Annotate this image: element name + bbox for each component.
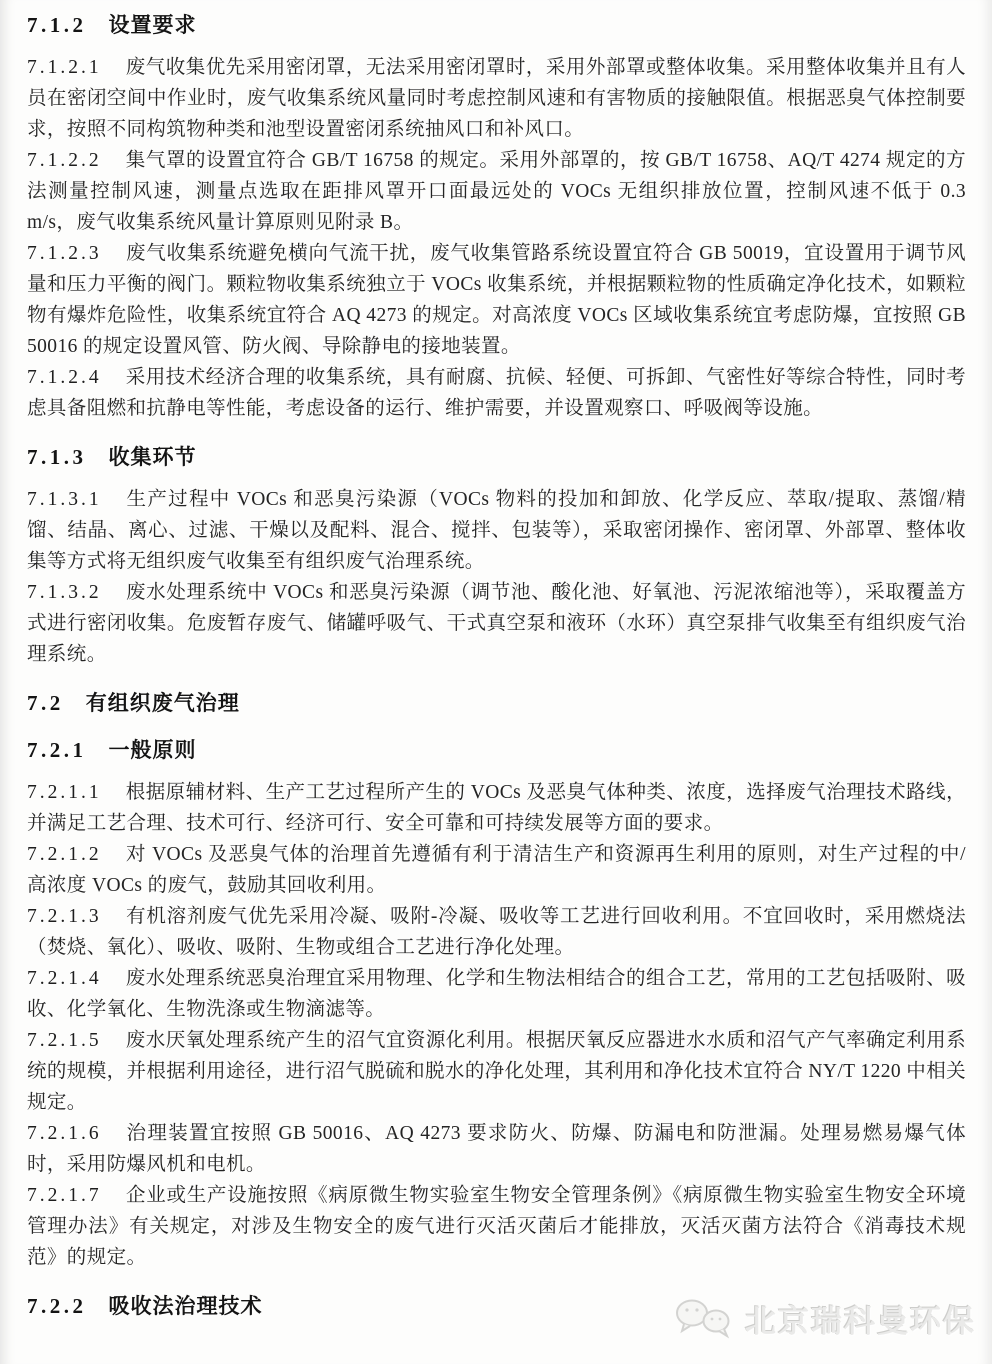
clause-text: 根据原辅材料、生产工艺过程所产生的 VOCs 及恶臭气体种类、浓度，选择废气治理… <box>27 782 966 834</box>
clause-7-2-1-3: 7.2.1.3有机溶剂废气优先采用冷凝、吸附-冷凝、吸收等工艺进行回收利用。不宜… <box>27 901 966 963</box>
clause-number: 7.2.1.4 <box>27 968 102 989</box>
section-heading-7-2: 7.2有组织废气治理 <box>27 690 966 717</box>
clause-7-2-1-5: 7.2.1.5废水厌氧处理系统产生的沼气宜资源化利用。根据厌氧反应器进水水质和沼… <box>27 1025 966 1118</box>
clause-number: 7.1.2.2 <box>27 150 102 171</box>
clause-number: 7.2.1.6 <box>27 1123 102 1144</box>
section-number: 7.1.3 <box>27 445 87 469</box>
section-title: 设置要求 <box>109 14 197 37</box>
clause-number: 7.1.2.1 <box>27 57 102 78</box>
section-number: 7.2.1 <box>27 738 87 762</box>
section-title: 收集环节 <box>109 446 197 469</box>
clause-7-2-1-4: 7.2.1.4废水处理系统恶臭治理宜采用物理、化学和生物法相结合的组合工艺，常用… <box>27 963 966 1025</box>
section-heading-7-2-2: 7.2.2吸收法治理技术 <box>27 1293 966 1320</box>
clause-text: 企业或生产设施按照《病原微生物实验室生物安全管理条例》《病原微生物实验室生物安全… <box>27 1185 966 1268</box>
clause-7-2-1-1: 7.2.1.1根据原辅材料、生产工艺过程所产生的 VOCs 及恶臭气体种类、浓度… <box>27 777 966 839</box>
clause-number: 7.2.1.3 <box>27 906 102 927</box>
clause-text: 废气收集系统避免横向气流干扰，废气收集管路系统设置宜符合 GB 50019，宜设… <box>27 243 966 357</box>
clause-7-1-2-4: 7.1.2.4采用技术经济合理的收集系统，具有耐腐、抗候、轻便、可拆卸、气密性好… <box>27 362 966 424</box>
clause-text: 集气罩的设置宜符合 GB/T 16758 的规定。采用外部罩的，按 GB/T 1… <box>27 150 966 233</box>
clause-7-1-2-2: 7.1.2.2集气罩的设置宜符合 GB/T 16758 的规定。采用外部罩的，按… <box>27 145 966 238</box>
section-number: 7.2.2 <box>27 1294 87 1318</box>
document-page: 7.1.2设置要求 7.1.2.1废气收集优先采用密闭罩，无法采用密闭罩时，采用… <box>27 12 966 1320</box>
section-title: 有组织废气治理 <box>86 692 240 715</box>
clause-text: 废水处理系统中 VOCs 和恶臭污染源（调节池、酸化池、好氧池、污泥浓缩池等），… <box>27 582 966 665</box>
clause-text: 采用技术经济合理的收集系统，具有耐腐、抗候、轻便、可拆卸、气密性好等综合特性，同… <box>27 367 966 419</box>
section-number: 7.2 <box>27 691 64 715</box>
section-title: 吸收法治理技术 <box>109 1295 263 1318</box>
section-heading-7-2-1: 7.2.1一般原则 <box>27 737 966 764</box>
section-heading-7-1-3: 7.1.3收集环节 <box>27 444 966 471</box>
clause-7-1-3-1: 7.1.3.1生产过程中 VOCs 和恶臭污染源（VOCs 物料的投加和卸放、化… <box>27 484 966 577</box>
section-number: 7.1.2 <box>27 13 87 37</box>
clause-7-1-2-1: 7.1.2.1废气收集优先采用密闭罩，无法采用密闭罩时，采用外部罩或整体收集。采… <box>27 52 966 145</box>
clause-number: 7.2.1.2 <box>27 844 102 865</box>
section-heading-7-1-2: 7.1.2设置要求 <box>27 12 966 39</box>
clause-number: 7.2.1.1 <box>27 782 102 803</box>
clause-text: 有机溶剂废气优先采用冷凝、吸附-冷凝、吸收等工艺进行回收利用。不宜回收时，采用燃… <box>27 906 966 958</box>
clause-7-2-1-2: 7.2.1.2对 VOCs 及恶臭气体的治理首先遵循有利于清洁生产和资源再生利用… <box>27 839 966 901</box>
clause-number: 7.1.3.1 <box>27 489 102 510</box>
clause-text: 对 VOCs 及恶臭气体的治理首先遵循有利于清洁生产和资源再生利用的原则，对生产… <box>27 844 966 896</box>
clause-number: 7.2.1.5 <box>27 1030 102 1051</box>
clause-7-1-2-3: 7.1.2.3废气收集系统避免横向气流干扰，废气收集管路系统设置宜符合 GB 5… <box>27 238 966 362</box>
clause-7-1-3-2: 7.1.3.2废水处理系统中 VOCs 和恶臭污染源（调节池、酸化池、好氧池、污… <box>27 577 966 670</box>
section-title: 一般原则 <box>109 739 197 762</box>
clause-number: 7.1.2.4 <box>27 367 102 388</box>
clause-text: 废水厌氧处理系统产生的沼气宜资源化利用。根据厌氧反应器进水水质和沼气产气率确定利… <box>27 1030 966 1113</box>
clause-number: 7.1.2.3 <box>27 243 102 264</box>
clause-7-2-1-7: 7.2.1.7企业或生产设施按照《病原微生物实验室生物安全管理条例》《病原微生物… <box>27 1180 966 1273</box>
clause-7-2-1-6: 7.2.1.6治理装置宜按照 GB 50016、AQ 4273 要求防火、防爆、… <box>27 1118 966 1180</box>
clause-text: 生产过程中 VOCs 和恶臭污染源（VOCs 物料的投加和卸放、化学反应、萃取/… <box>27 489 966 572</box>
clause-text: 废气收集优先采用密闭罩，无法采用密闭罩时，采用外部罩或整体收集。采用整体收集并且… <box>27 57 966 140</box>
clause-text: 治理装置宜按照 GB 50016、AQ 4273 要求防火、防爆、防漏电和防泄漏… <box>27 1123 966 1175</box>
clause-number: 7.1.3.2 <box>27 582 102 603</box>
clause-number: 7.2.1.7 <box>27 1185 102 1206</box>
clause-text: 废水处理系统恶臭治理宜采用物理、化学和生物法相结合的组合工艺，常用的工艺包括吸附… <box>27 968 966 1020</box>
